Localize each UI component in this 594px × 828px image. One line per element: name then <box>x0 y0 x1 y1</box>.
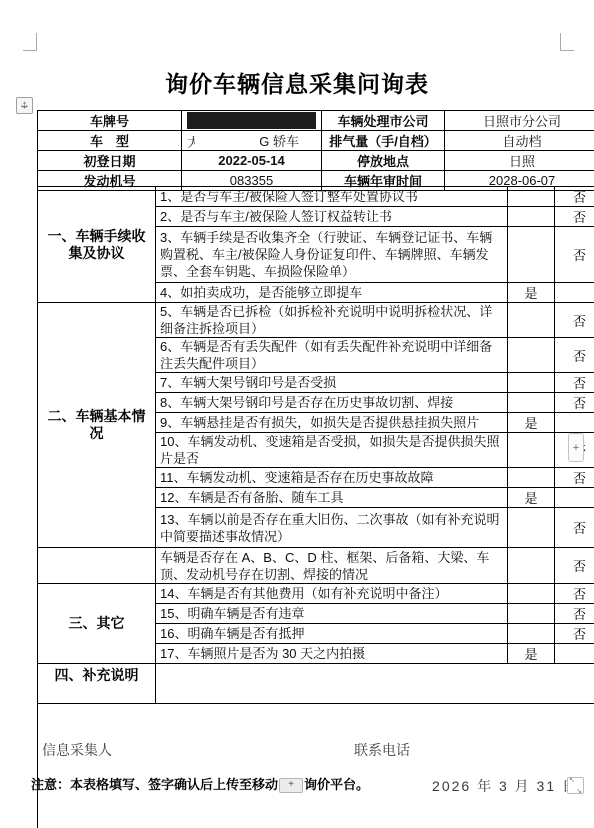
handling-company-value: 日照市分公司 <box>445 111 594 131</box>
question-text: 16、明确车辆是否有抵押 <box>156 624 508 644</box>
table-move-handle[interactable]: ↔ ↕ <box>16 97 33 114</box>
question-text: 7、车辆大架号钢印号是否受损 <box>156 373 508 393</box>
answer-no-cell: 否 <box>555 508 594 548</box>
answer-no-cell: 否 <box>555 187 594 207</box>
collector-label: 信息采集人 <box>42 740 112 760</box>
signature-cell: 信息采集人 联系电话 2026 年 3 月 31 日 <box>38 704 594 828</box>
page-margin-mark-top-right <box>560 33 574 51</box>
questionnaire-table: 一、车辆手续收集及协议 1、是否与车主/被保险人签订整车处置协议书 否 2、是否… <box>37 186 594 828</box>
question-text: 9、车辆悬挂是否有损失，如损失是否提供悬挂损失照片 <box>156 413 508 433</box>
answer-no-cell: 否 <box>555 373 594 393</box>
question-text: 17、车辆照片是否为 30 天之内拍摄 <box>156 644 508 664</box>
plus-placeholder-badge[interactable]: + <box>568 433 584 462</box>
bottom-note: 注意：本表格填写、签字确认后上传至移动+询价平台。 <box>31 777 551 793</box>
section-empty-cell <box>38 548 156 584</box>
question-text: 11、车辆发动机、变速箱是否存在历史事故故障 <box>156 468 508 488</box>
question-text: 14、车辆是否有其他费用（如有补充说明中备注） <box>156 584 508 604</box>
model-visible-text: G 轿车 <box>259 134 299 149</box>
page-margin-mark-top-left <box>23 33 37 51</box>
answer-yes-cell <box>508 393 555 413</box>
answer-no-cell: 否 <box>555 604 594 624</box>
answer-yes-cell <box>508 508 555 548</box>
question-text: 10、车辆发动机、变速箱是否受损，如损失是否提供损失照片是否 <box>156 433 508 468</box>
plate-number-value <box>182 111 322 131</box>
answer-yes-cell <box>508 468 555 488</box>
answer-no-cell: 否 <box>555 303 594 338</box>
answer-no-cell: 否 <box>555 584 594 604</box>
redaction-bar <box>187 112 316 129</box>
question-row: 一、车辆手续收集及协议 1、是否与车主/被保险人签订整车处置协议书 否 <box>38 187 594 207</box>
displacement-label: 排气量（手/自档） <box>322 131 445 151</box>
section-2-label: 二、车辆基本情况 <box>38 303 156 548</box>
question-text: 3、车辆手续是否收集齐全（行驶证、车辆登记证书、车辆购置税、车主/被保险人身份证… <box>156 227 508 283</box>
answer-yes-cell <box>508 338 555 373</box>
note-prefix: 注意：本表格填写、签字确认后上传至移动 <box>31 777 278 792</box>
answer-yes-cell <box>508 187 555 207</box>
question-row: 车辆是否存在 A、B、C、D 柱、框架、后备箱、大梁、车顶、发动机号存在切割、焊… <box>38 548 594 584</box>
info-row: 初登日期 2022-05-14 停放地点 日照 <box>38 151 594 171</box>
info-row: 车 型 大 G 轿车 排气量（手/自档） 自动档 <box>38 131 594 151</box>
question-text: 15、明确车辆是否有违章 <box>156 604 508 624</box>
question-text: 1、是否与车主/被保险人签订整车处置协议书 <box>156 187 508 207</box>
answer-no-cell: 否 <box>555 393 594 413</box>
question-text: 6、车辆是否有丢失配件（如有丢失配件补充说明中详细备注丢失配件项目） <box>156 338 508 373</box>
resize-arrow-nw-icon: ↖ <box>569 776 575 784</box>
answer-yes-cell <box>508 207 555 227</box>
question-text: 12、车辆是否有备胎、随车工具 <box>156 488 508 508</box>
question-text: 13、车辆以前是否存在重大旧伤、二次事故（如有补充说明中简要描述事故情况） <box>156 508 508 548</box>
answer-no-cell: 否 <box>555 468 594 488</box>
parking-place-label: 停放地点 <box>322 151 445 171</box>
answer-no-cell <box>555 488 594 508</box>
answer-no-cell: 否 <box>555 227 594 283</box>
note-suffix: 询价平台。 <box>304 777 369 792</box>
signature-row: 信息采集人 联系电话 2026 年 3 月 31 日 <box>38 704 594 828</box>
table-resize-handle[interactable]: ↖ ↘ <box>567 777 584 794</box>
answer-no-cell: 否 <box>555 338 594 373</box>
answer-yes-cell <box>508 303 555 338</box>
model-value: 大 G 轿车 <box>182 131 322 151</box>
answer-no-cell <box>555 644 594 664</box>
answer-yes-cell <box>508 604 555 624</box>
model-fragment: 大 <box>187 132 195 151</box>
answer-yes-cell <box>508 227 555 283</box>
parking-place-value: 日照 <box>445 151 594 171</box>
question-text: 车辆是否存在 A、B、C、D 柱、框架、后备箱、大梁、车顶、发动机号存在切割、焊… <box>156 548 508 584</box>
resize-arrow-se-icon: ↘ <box>576 787 582 795</box>
answer-yes-cell <box>508 548 555 584</box>
answer-yes-cell <box>508 373 555 393</box>
question-text: 5、车辆是否已拆检（如拆检补充说明中说明拆检状况、详细备注拆捡项目） <box>156 303 508 338</box>
vehicle-info-table: 车牌号 车辆处理市公司 日照市分公司 车 型 大 G 轿车 排气量（手/自档） … <box>37 110 594 191</box>
first-registration-value: 2022-05-14 <box>182 151 322 171</box>
info-row: 车牌号 车辆处理市公司 日照市分公司 <box>38 111 594 131</box>
first-registration-label: 初登日期 <box>38 151 182 171</box>
answer-no-cell: 否 <box>555 207 594 227</box>
handling-company-label: 车辆处理市公司 <box>322 111 445 131</box>
answer-yes-cell <box>508 584 555 604</box>
answer-yes-cell <box>508 624 555 644</box>
displacement-value: 自动档 <box>445 131 594 151</box>
page-title: 询价车辆信息采集问询表 <box>0 66 594 99</box>
answer-yes-cell: 是 <box>508 488 555 508</box>
move-cross-icon-vertical: ↕ <box>17 98 32 113</box>
section-1-label: 一、车辆手续收集及协议 <box>38 187 156 303</box>
supplement-row: 四、补充说明 <box>38 664 594 704</box>
section-4-label: 四、补充说明 <box>38 664 156 704</box>
question-text: 8、车辆大架号钢印号是否存在历史事故切割、焊接 <box>156 393 508 413</box>
answer-yes-cell: 是 <box>508 644 555 664</box>
note-plus-placeholder[interactable]: + <box>279 778 303 793</box>
plate-number-label: 车牌号 <box>38 111 182 131</box>
supplement-empty-cell <box>156 664 594 704</box>
question-text: 4、如拍卖成功，是否能够立即提车 <box>156 283 508 303</box>
answer-yes-cell: 是 <box>508 413 555 433</box>
answer-no-cell <box>555 413 594 433</box>
answer-yes-cell <box>508 433 555 468</box>
question-row: 三、其它 14、车辆是否有其他费用（如有补充说明中备注） 否 <box>38 584 594 604</box>
section-3-label: 三、其它 <box>38 584 156 664</box>
answer-yes-cell: 是 <box>508 283 555 303</box>
answer-no-cell <box>555 283 594 303</box>
answer-no-cell: 否 <box>555 624 594 644</box>
model-label: 车 型 <box>38 131 182 151</box>
phone-label: 联系电话 <box>354 740 410 760</box>
question-text: 2、是否与车主/被保险人签订权益转让书 <box>156 207 508 227</box>
question-row: 二、车辆基本情况 5、车辆是否已拆检（如拆检补充说明中说明拆检状况、详细备注拆捡… <box>38 303 594 338</box>
answer-no-cell: 否 <box>555 548 594 584</box>
